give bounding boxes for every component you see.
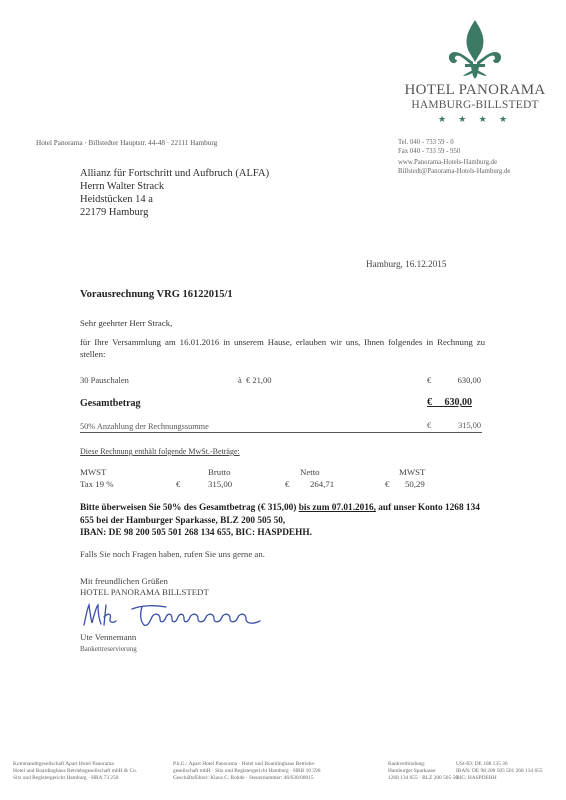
sender-address-line: Hotel Panorama · Billstedter Hauptstr. 4… xyxy=(36,139,217,147)
vat-mwst-value: 50,29 xyxy=(405,479,425,489)
footer-line: BIC: HASPDEHH xyxy=(456,775,564,782)
payment-text-1: Bitte überweisen Sie 50% des Gesamtbetra… xyxy=(80,503,299,513)
payment-instructions: Bitte überweisen Sie 50% des Gesamtbetra… xyxy=(80,502,490,540)
letter-date: Hamburg, 16.12.2015 xyxy=(366,259,446,269)
line-item-amount: 630,00 xyxy=(446,375,481,385)
greeting: Mit freundlichen Grüßen xyxy=(80,576,209,587)
line-item-description: 30 Pauschalen xyxy=(80,375,129,385)
website-link[interactable]: www.Panorama-Hotels-Hamburg.de xyxy=(398,159,510,168)
footer-line: P.h.G.: Apart Hotel Panorama · Hotel und… xyxy=(173,761,378,768)
footer-line: Geschäftsführer: Klaus C. Rohde · Steuer… xyxy=(173,775,378,782)
phone-number: Tel. 040 - 733 59 - 0 xyxy=(398,139,510,148)
fax-number: Fax 040 - 733 59 - 950 xyxy=(398,148,510,157)
deposit-underline xyxy=(80,432,482,433)
vat-col-netto: Netto xyxy=(300,467,320,477)
recipient-name: Herrn Walter Strack xyxy=(80,180,269,193)
vat-brutto-value: 315,00 xyxy=(208,479,232,489)
greeting-block: Mit freundlichen Grüßen HOTEL PANORAMA B… xyxy=(80,576,209,598)
vat-col-brutto: Brutto xyxy=(208,467,230,477)
handwritten-signature-icon xyxy=(80,601,270,636)
footer-line: Sitz und Registergericht Hamburg · HRA 7… xyxy=(13,775,163,782)
signer-role: Bankettreservierung xyxy=(80,645,137,653)
recipient-street: Heidstücken 14 a xyxy=(80,193,269,206)
closing-question: Falls Sie noch Fragen haben, rufen Sie u… xyxy=(80,549,265,559)
vat-heading: Diese Rechnung enthält folgende MwSt.-Be… xyxy=(80,447,240,456)
deposit-label: 50% Anzahlung der Rechnungssumme xyxy=(80,422,209,431)
total-currency: € xyxy=(427,397,432,408)
total-label: Gesamtbetrag xyxy=(80,398,141,409)
footer-bank: Bankverbindung: Hamburger Sparkasse 1268… xyxy=(388,761,460,781)
hotel-logo: HOTEL PANORAMA HAMBURG-BILLSTEDT ★ ★ ★ ★ xyxy=(386,18,564,125)
email-link[interactable]: Billstedt@Panorama-Hotels-Hamburg.de xyxy=(398,168,510,177)
contact-block: Tel. 040 - 733 59 - 0 Fax 040 - 733 59 -… xyxy=(398,139,510,176)
footer-line: Bankverbindung: xyxy=(388,761,460,768)
star-rating: ★ ★ ★ ★ xyxy=(386,114,564,125)
recipient-organization: Allianz für Fortschritt und Aufbruch (AL… xyxy=(80,167,269,180)
footer-line: Kommanditgesellschaft Apart Hotel Panora… xyxy=(13,761,163,768)
vat-row-label: Tax 19 % xyxy=(80,479,114,489)
line-item-currency: € xyxy=(427,375,431,385)
hotel-location: HAMBURG-BILLSTEDT xyxy=(386,98,564,112)
recipient-address: Allianz für Fortschritt und Aufbruch (AL… xyxy=(80,167,269,219)
vat-mwst-currency: € xyxy=(385,479,389,489)
footer-line: Hotel und Boardinghaus Betriebsgesellsch… xyxy=(13,768,163,775)
footer-line: Hamburger Sparkasse xyxy=(388,768,460,775)
vat-col-mwst: MWST xyxy=(80,467,106,477)
footer-company: Kommanditgesellschaft Apart Hotel Panora… xyxy=(13,761,163,781)
greeting-company: HOTEL PANORAMA BILLSTEDT xyxy=(80,587,209,598)
intro-paragraph: für Ihre Versammlung am 16.01.2016 in un… xyxy=(80,337,485,360)
signer-name: Ute Vennemann xyxy=(80,632,136,642)
vat-netto-value: 264,71 xyxy=(310,479,334,489)
payment-iban: IBAN: DE 98 200 505 501 268 134 655, BIC… xyxy=(80,528,312,538)
invoice-subject: Vorausrechnung VRG 16122015/1 xyxy=(80,289,233,300)
footer-management: P.h.G.: Apart Hotel Panorama · Hotel und… xyxy=(173,761,378,781)
vat-netto-currency: € xyxy=(285,479,289,489)
salutation: Sehr geehrter Herr Strack, xyxy=(80,318,172,328)
footer-tax-ids: USt-ID: DE 188 135 36 IBAN: DE 98 200 50… xyxy=(456,761,564,781)
footer-line: USt-ID: DE 188 135 36 xyxy=(456,761,564,768)
vat-brutto-currency: € xyxy=(176,479,180,489)
payment-deadline: bis zum 07.01.2016, xyxy=(299,503,376,513)
footer-line: gesellschaft mbH · Sitz und Registergeri… xyxy=(173,768,378,775)
fleur-de-lis-icon xyxy=(445,18,505,80)
footer-line: IBAN: DE 98 200 505 501 268 134 655 xyxy=(456,768,564,775)
deposit-amount: 315,00 xyxy=(446,421,481,430)
total-value: 630,00 xyxy=(445,397,473,408)
deposit-currency: € xyxy=(427,421,431,430)
vat-col-mwst-amount: MWST xyxy=(399,467,425,477)
recipient-city: 22179 Hamburg xyxy=(80,206,269,219)
line-item-unit-price: à € 21,00 xyxy=(238,375,272,385)
hotel-name: HOTEL PANORAMA xyxy=(386,82,564,98)
total-amount: € 630,00 xyxy=(427,397,481,408)
footer-line: 1268 134 655 · BLZ 200 505 50 xyxy=(388,775,460,782)
